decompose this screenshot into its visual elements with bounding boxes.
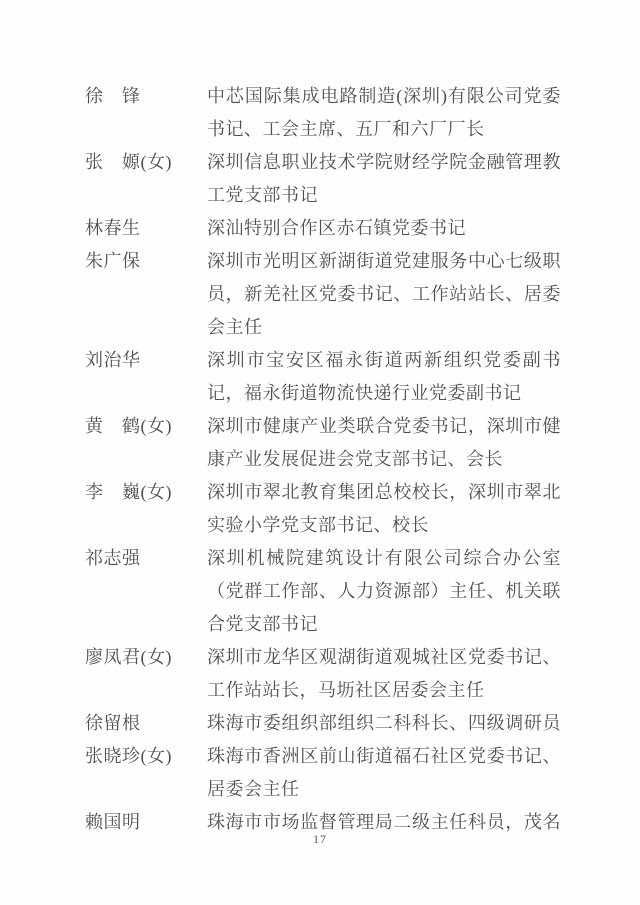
person-description: 中芯国际集成电路制造(深圳)有限公司党委书记、工会主席、五厂和六厂厂长 xyxy=(207,80,561,146)
description-line: 深汕特别合作区赤石镇党委书记 xyxy=(207,212,561,245)
person-name: 廖凤君(女) xyxy=(85,641,205,674)
person-name: 黄 鹤(女) xyxy=(85,410,205,443)
person-name: 徐留根 xyxy=(85,707,205,740)
description-line: 深圳机械院建筑设计有限公司综合办公室 xyxy=(207,542,561,575)
person-description: 深圳市翠北教育集团总校校长，深圳市翠北实验小学党支部书记、校长 xyxy=(207,476,561,542)
person-name: 张 嫄(女) xyxy=(85,146,205,179)
list-entry: 张晓珍(女) 珠海市香洲区前山街道福石社区党委书记、居委会主任 xyxy=(85,740,561,806)
person-name: 祁志强 xyxy=(85,542,205,575)
description-line: 合党支部书记 xyxy=(207,608,561,641)
person-name: 朱广保 xyxy=(85,245,205,278)
description-line: 深圳市健康产业类联合党委书记，深圳市健 xyxy=(207,410,561,443)
person-description: 深圳机械院建筑设计有限公司综合办公室（党群工作部、人力资源部）主任、机关联合党支… xyxy=(207,542,561,641)
description-line: 深圳市龙华区观湖街道观城社区党委书记、 xyxy=(207,641,561,674)
list-entry: 林春生 深汕特别合作区赤石镇党委书记 xyxy=(85,212,561,245)
description-line: 中芯国际集成电路制造(深圳)有限公司党委 xyxy=(207,80,561,113)
description-line: 工党支部书记 xyxy=(207,179,561,212)
description-line: 深圳市宝安区福永街道两新组织党委副书 xyxy=(207,344,561,377)
description-line: 珠海市香洲区前山街道福石社区党委书记、 xyxy=(207,740,561,773)
person-name: 林春生 xyxy=(85,212,205,245)
description-line: 深圳信息职业技术学院财经学院金融管理教 xyxy=(207,146,561,179)
description-line: 实验小学党支部书记、校长 xyxy=(207,509,561,542)
person-description: 深汕特别合作区赤石镇党委书记 xyxy=(207,212,561,245)
description-line: 工作站站长，马坜社区居委会主任 xyxy=(207,674,561,707)
list-entry: 廖凤君(女) 深圳市龙华区观湖街道观城社区党委书记、工作站站长，马坜社区居委会主… xyxy=(85,641,561,707)
person-description: 深圳市龙华区观湖街道观城社区党委书记、工作站站长，马坜社区居委会主任 xyxy=(207,641,561,707)
description-line: 居委会主任 xyxy=(207,773,561,806)
description-line: 康产业发展促进会党支部书记、会长 xyxy=(207,443,561,476)
list-entry: 徐留根 珠海市委组织部组织二科科长、四级调研员 xyxy=(85,707,561,740)
description-line: 书记、工会主席、五厂和六厂厂长 xyxy=(207,113,561,146)
description-line: 记，福永街道物流快递行业党委副书记 xyxy=(207,377,561,410)
list-entry: 朱广保 深圳市光明区新湖街道党建服务中心七级职员，新羌社区党委书记、工作站站长、… xyxy=(85,245,561,344)
person-description: 珠海市香洲区前山街道福石社区党委书记、居委会主任 xyxy=(207,740,561,806)
description-line: 深圳市光明区新湖街道党建服务中心七级职 xyxy=(207,245,561,278)
description-line: 会主任 xyxy=(207,311,561,344)
person-name: 刘治华 xyxy=(85,344,205,377)
person-description: 深圳市光明区新湖街道党建服务中心七级职员，新羌社区党委书记、工作站站长、居委会主… xyxy=(207,245,561,344)
list-entry: 徐 锋 中芯国际集成电路制造(深圳)有限公司党委书记、工会主席、五厂和六厂厂长 xyxy=(85,80,561,146)
list-entry: 祁志强 深圳机械院建筑设计有限公司综合办公室（党群工作部、人力资源部）主任、机关… xyxy=(85,542,561,641)
person-description: 深圳信息职业技术学院财经学院金融管理教工党支部书记 xyxy=(207,146,561,212)
person-name: 张晓珍(女) xyxy=(85,740,205,773)
person-name: 徐 锋 xyxy=(85,80,205,113)
document-page: 徐 锋 中芯国际集成电路制造(深圳)有限公司党委书记、工会主席、五厂和六厂厂长 … xyxy=(0,0,640,905)
description-line: （党群工作部、人力资源部）主任、机关联 xyxy=(207,575,561,608)
description-line: 员，新羌社区党委书记、工作站站长、居委 xyxy=(207,278,561,311)
person-description: 深圳市宝安区福永街道两新组织党委副书记，福永街道物流快递行业党委副书记 xyxy=(207,344,561,410)
description-line: 珠海市委组织部组织二科科长、四级调研员 xyxy=(207,707,561,740)
description-line: 深圳市翠北教育集团总校校长，深圳市翠北 xyxy=(207,476,561,509)
list-entry: 李 巍(女) 深圳市翠北教育集团总校校长，深圳市翠北实验小学党支部书记、校长 xyxy=(85,476,561,542)
name-list: 徐 锋 中芯国际集成电路制造(深圳)有限公司党委书记、工会主席、五厂和六厂厂长 … xyxy=(85,80,561,839)
person-name: 李 巍(女) xyxy=(85,476,205,509)
person-description: 深圳市健康产业类联合党委书记，深圳市健康产业发展促进会党支部书记、会长 xyxy=(207,410,561,476)
list-entry: 黄 鹤(女) 深圳市健康产业类联合党委书记，深圳市健康产业发展促进会党支部书记、… xyxy=(85,410,561,476)
list-entry: 刘治华 深圳市宝安区福永街道两新组织党委副书记，福永街道物流快递行业党委副书记 xyxy=(85,344,561,410)
person-description: 珠海市委组织部组织二科科长、四级调研员 xyxy=(207,707,561,740)
list-entry: 张 嫄(女) 深圳信息职业技术学院财经学院金融管理教工党支部书记 xyxy=(85,146,561,212)
page-number: 17 xyxy=(0,832,640,847)
